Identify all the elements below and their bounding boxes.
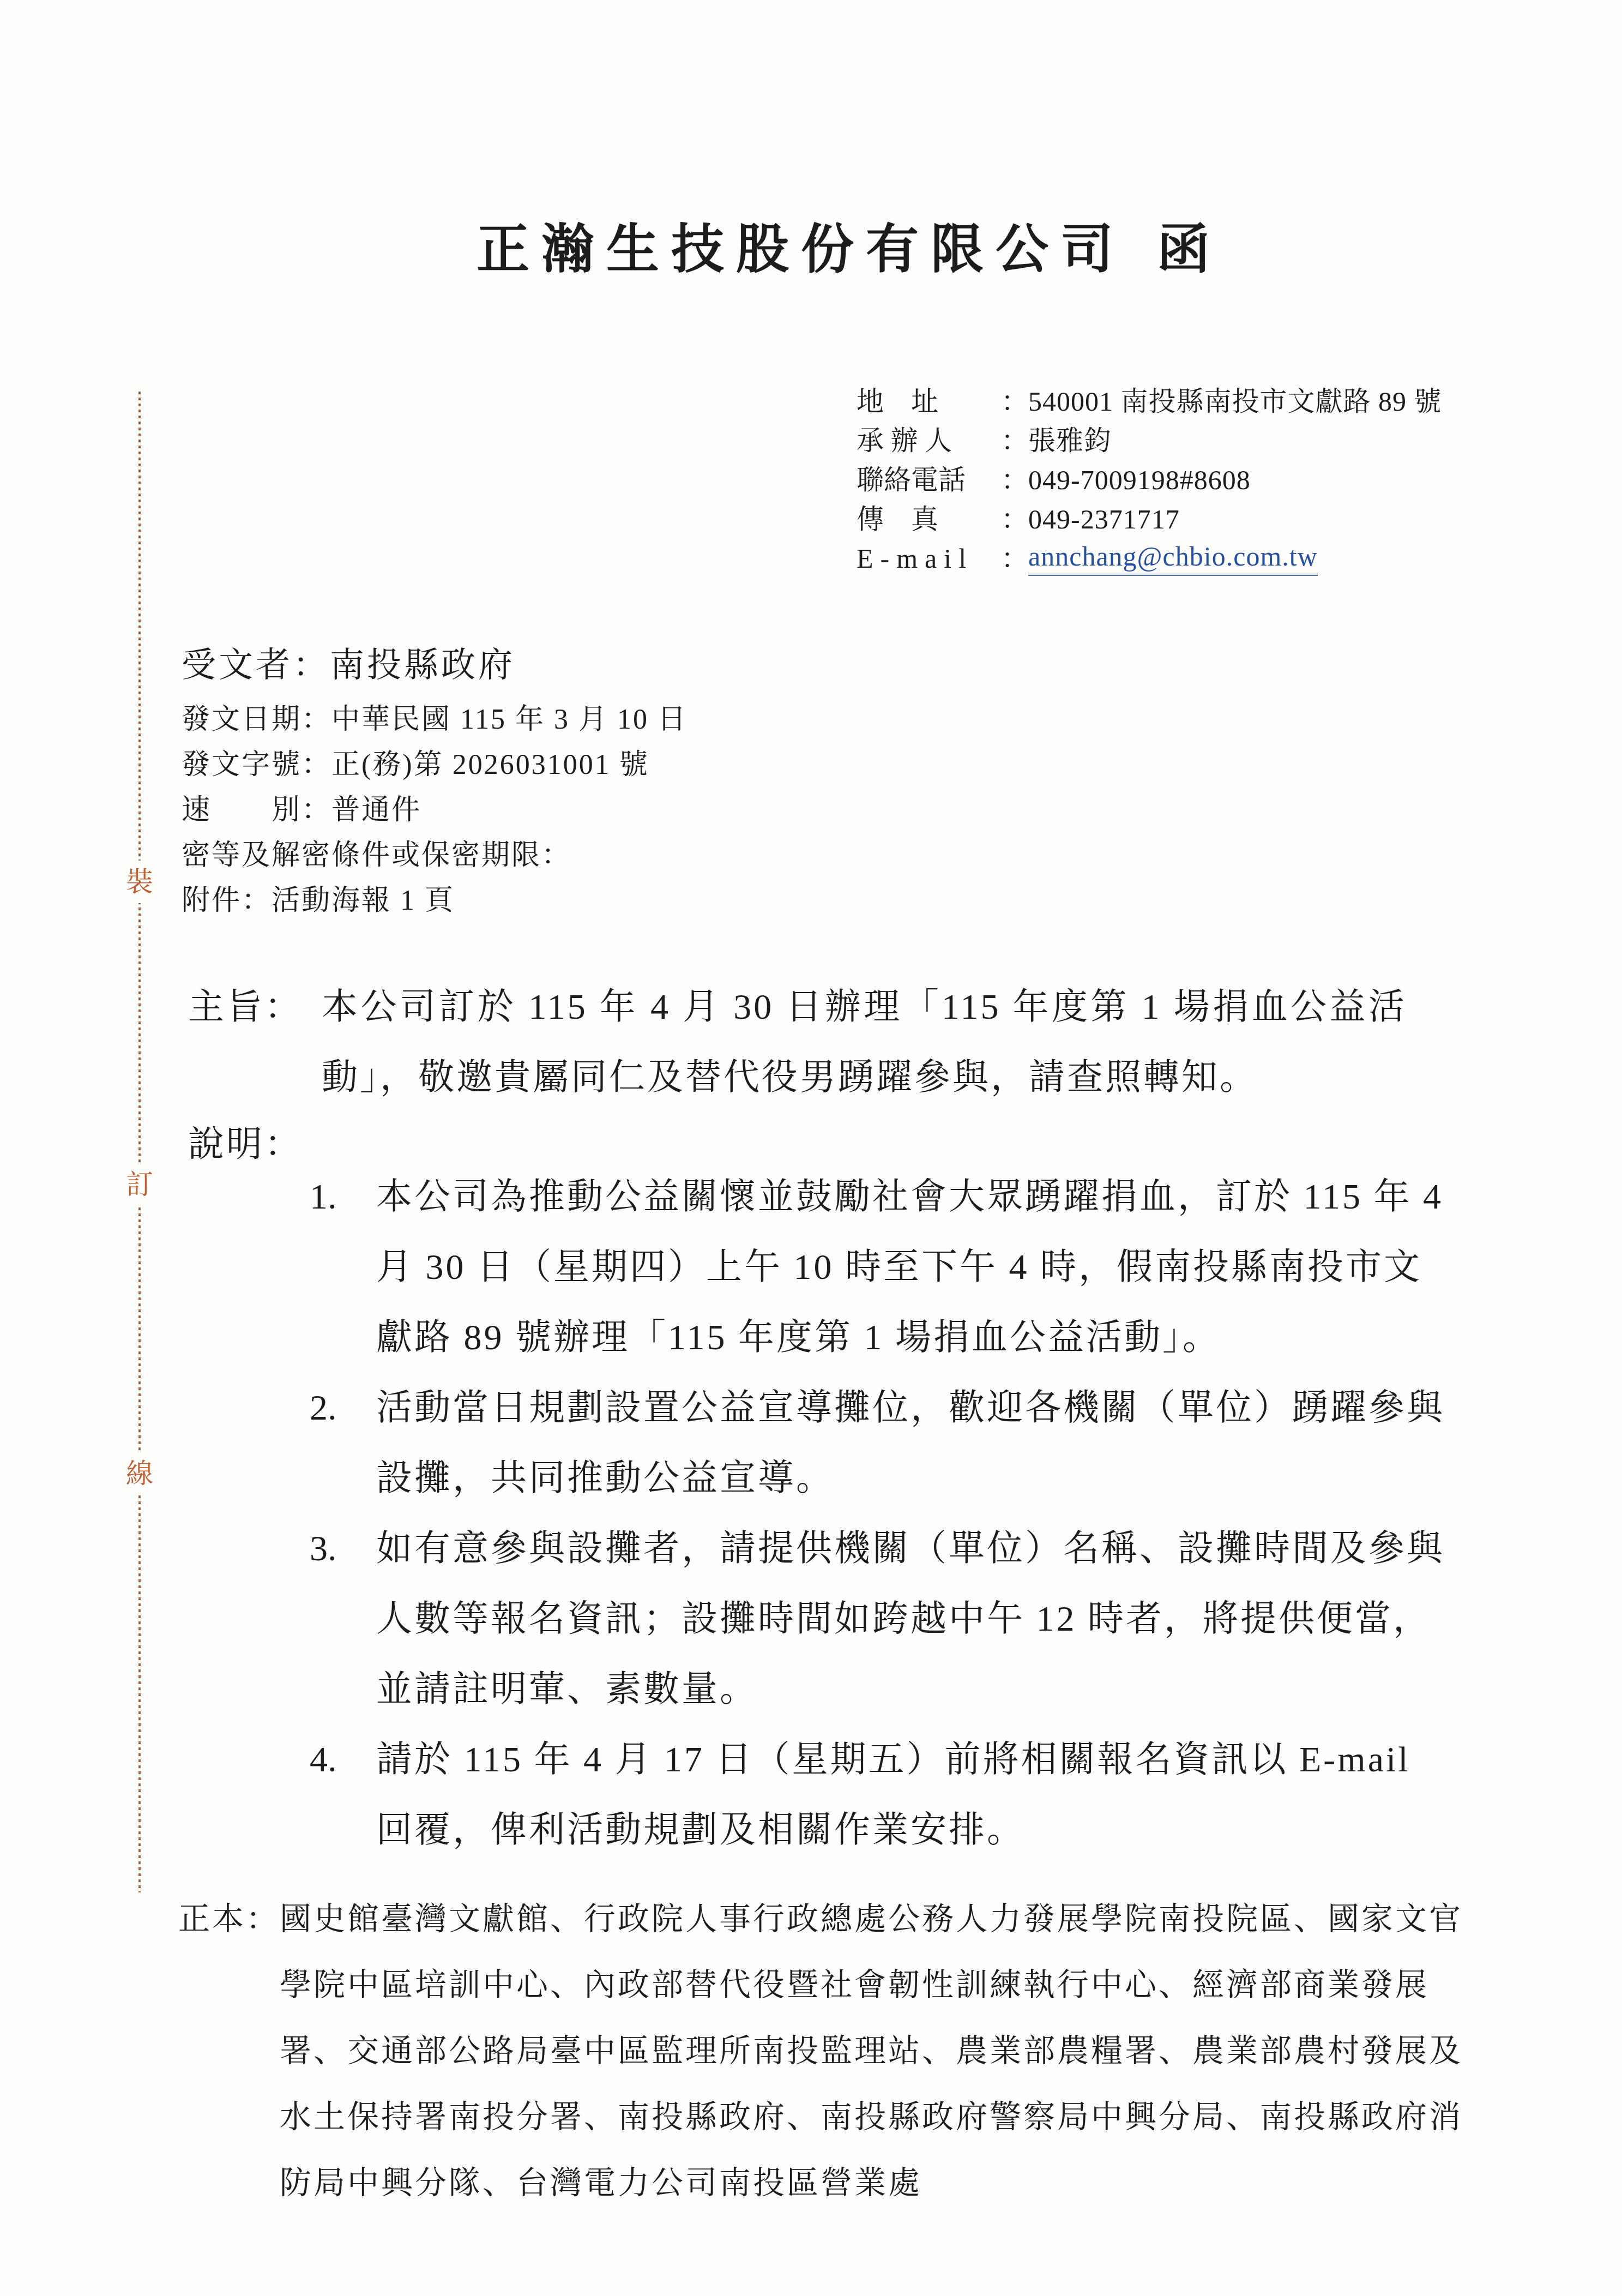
item-number: 3. (310, 1513, 376, 1724)
copies-section: 正本： 國史館臺灣文獻館、行政院人事行政總處公務人力發展學院南投院區、國家文官學… (178, 1886, 1496, 2216)
meta-row-date: 發文日期：中華民國 115 年 3 月 10 日 (182, 697, 688, 742)
colon: ： (1001, 460, 1028, 500)
document-page: 裝 訂 線 正瀚生技股份有限公司函 地 址 ：540001 南投縣南投市文獻路 … (0, 0, 1622, 2296)
list-item: 2. 活動當日規劃設置公益宣導攤位，歡迎各機關（單位）踴躍參與設攤，共同推動公益… (310, 1373, 1460, 1513)
email-link[interactable]: annchang@chbio.com.tw (1028, 539, 1318, 576)
item-text: 請於 115 年 4 月 17 日（星期五）前將相關報名資訊以 E-mail 回… (376, 1724, 1456, 1865)
handler-label: 承 辦 人 (857, 421, 1001, 460)
subject-label: 主旨： (188, 972, 322, 1113)
explanation-list: 1. 本公司為推動公益關懷並鼓勵社會大眾踴躍捐血，訂於 115 年 4 月 30… (310, 1162, 1460, 1865)
list-item: 4. 請於 115 年 4 月 17 日（星期五）前將相關報名資訊以 E-mai… (310, 1724, 1460, 1865)
item-text: 本公司為推動公益關懷並鼓勵社會大眾踴躍捐血，訂於 115 年 4 月 30 日（… (376, 1162, 1456, 1373)
binding-mark-xian: 線 (124, 1452, 155, 1495)
phone-value: 049-7009198#8608 (1028, 460, 1251, 500)
item-text: 如有意參與設攤者，請提供機關（單位）名稱、設攤時間及參與人數等報名資訊；設攤時間… (376, 1513, 1456, 1724)
email-label: E-mail (857, 539, 1001, 578)
meta-row-number: 發文字號：正(務)第 2026031001 號 (182, 742, 688, 788)
colon: ： (1001, 382, 1028, 421)
meta-row-security: 密等及解密條件或保密期限： (182, 833, 688, 878)
sender-contact-block: 地 址 ：540001 南投縣南投市文獻路 89 號 承 辦 人：張雅鈞 聯絡電… (857, 382, 1442, 578)
recipient-value: 南投縣政府 (330, 646, 515, 684)
colon: ： (1001, 539, 1028, 578)
doc-type-label: 函 (1157, 220, 1222, 279)
fax-label: 傳 真 (857, 500, 1001, 539)
copies-text: 國史館臺灣文獻館、行政院人事行政總處公務人力發展學院南投院區、國家文官學院中區培… (280, 1886, 1496, 2216)
fax-value: 049-2371717 (1028, 500, 1180, 539)
company-name: 正瀚生技股份有限公司 (477, 220, 1125, 279)
recipient-label: 受文者： (182, 646, 330, 684)
contact-row-phone: 聯絡電話：049-7009198#8608 (857, 460, 1442, 500)
list-item: 1. 本公司為推動公益關懷並鼓勵社會大眾踴躍捐血，訂於 115 年 4 月 30… (310, 1162, 1460, 1373)
contact-row-fax: 傳 真 ：049-2371717 (857, 500, 1442, 539)
meta-row-priority: 速 別：普通件 (182, 788, 688, 833)
explanation-label: 說明： (188, 1109, 303, 1180)
meta-row-attachment: 附件：活動海報 1 頁 (182, 878, 688, 923)
binding-mark-zhuang: 裝 (124, 861, 155, 903)
item-number: 2. (310, 1373, 376, 1513)
binding-dotted-line (138, 392, 141, 1892)
subject-text: 本公司訂於 115 年 4 月 30 日辦理「115 年度第 1 場捐血公益活動… (322, 972, 1407, 1113)
contact-row-email: E-mail：annchang@chbio.com.tw (857, 539, 1442, 578)
contact-row-address: 地 址 ：540001 南投縣南投市文獻路 89 號 (857, 382, 1442, 421)
contact-row-handler: 承 辦 人：張雅鈞 (857, 421, 1442, 460)
colon: ： (1001, 421, 1028, 460)
list-item: 3. 如有意參與設攤者，請提供機關（單位）名稱、設攤時間及參與人數等報名資訊；設… (310, 1513, 1460, 1724)
item-text: 活動當日規劃設置公益宣導攤位，歡迎各機關（單位）踴躍參與設攤，共同推動公益宣導。 (376, 1373, 1456, 1513)
binding-mark-ding: 訂 (124, 1163, 155, 1206)
colon: ： (1001, 500, 1028, 539)
address-label: 地 址 (857, 382, 1001, 421)
phone-label: 聯絡電話 (857, 460, 1001, 500)
doc-meta-block: 發文日期：中華民國 115 年 3 月 10 日 發文字號：正(務)第 2026… (182, 697, 688, 923)
copies-label: 正本： (178, 1886, 280, 2216)
subject-section: 主旨： 本公司訂於 115 年 4 月 30 日辦理「115 年度第 1 場捐血… (188, 972, 1458, 1113)
letter-title: 正瀚生技股份有限公司函 (38, 206, 1622, 283)
address-value: 540001 南投縣南投市文獻路 89 號 (1028, 382, 1442, 421)
handler-value: 張雅鈞 (1028, 421, 1112, 460)
item-number: 1. (310, 1162, 376, 1373)
recipient-line: 受文者：南投縣政府 (182, 637, 515, 687)
item-number: 4. (310, 1724, 376, 1865)
